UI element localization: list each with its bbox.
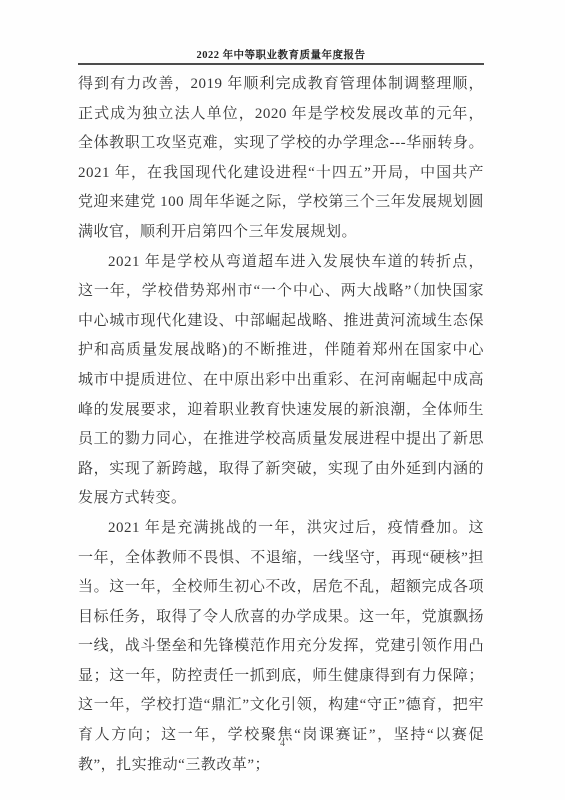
body-text: 得到有力改善，2019 年顺利完成教育管理体制调整理顺，正式成为独立法人单位，2… bbox=[78, 70, 484, 780]
document-page: 2022 年中等职业教育质量年度报告 得到有力改善，2019 年顺利完成教育管理… bbox=[0, 0, 565, 800]
header-rule bbox=[78, 63, 484, 65]
page-header: 2022 年中等职业教育质量年度报告 bbox=[78, 47, 484, 62]
page-number: 4 bbox=[0, 738, 565, 749]
body-paragraph-2: 2021 年是学校从弯道超车进入发展快车道的转折点，这一年，学校借势郑州市“一个… bbox=[78, 248, 484, 514]
body-paragraph-1: 得到有力改善，2019 年顺利完成教育管理体制调整理顺，正式成为独立法人单位，2… bbox=[78, 70, 484, 248]
report-title: 2022 年中等职业教育质量年度报告 bbox=[196, 50, 365, 61]
